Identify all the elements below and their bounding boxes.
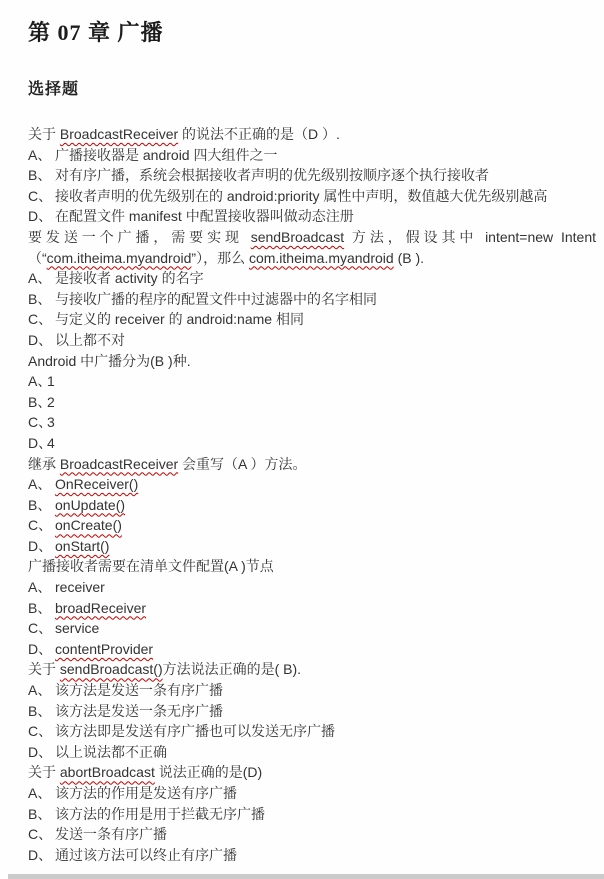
text-segment: 会重写（A ）方法。 <box>178 456 306 472</box>
text-segment: 该方法是发送一条有序广播 <box>55 682 223 698</box>
option-label: D、 <box>28 330 55 351</box>
option-label: D、 <box>28 845 55 866</box>
text-segment: receiver <box>55 579 105 595</box>
text-segment: （“ <box>28 250 47 266</box>
option-label: D、 <box>28 206 55 227</box>
chapter-title: 第 07 章 广播 <box>28 16 164 47</box>
option-line: D、在配置文件 manifest 中配置接收器叫做动态注册 <box>28 206 596 227</box>
text-segment: 4 <box>47 435 55 451</box>
text-segment: 关于 <box>28 764 60 780</box>
option-line: C、该方法即是发送有序广播也可以发送无序广播 <box>28 721 596 742</box>
spellcheck-underlined-word: com.itheima.myandroid <box>249 250 394 266</box>
text-segment: 1 <box>47 373 55 389</box>
option-label: A、 <box>28 680 55 701</box>
spellcheck-underlined-word: BroadcastReceiver <box>60 126 178 142</box>
option-line: A、该方法是发送一条有序广播 <box>28 680 596 701</box>
option-line: C、与定义的 receiver 的 android:name 相同 <box>28 309 596 330</box>
option-line: B、该方法的作用是用于拦截无序广播 <box>28 804 596 825</box>
spellcheck-underlined-word: sendBroadcast() <box>60 661 163 677</box>
text-segment: 说法正确的是(D) <box>155 764 262 780</box>
text-segment: (B ). <box>394 250 424 266</box>
question-line: 要发送一个广播，需要实现 sendBroadcast 方法，假设其中 inten… <box>28 227 596 248</box>
text-segment: 与接收广播的程序的配置文件中过滤器中的名字相同 <box>55 291 377 307</box>
spellcheck-underlined-word: onStart() <box>55 538 109 554</box>
option-label: B、 <box>28 165 55 186</box>
text-segment: 2 <box>47 394 55 410</box>
option-line: B、2 <box>28 392 596 413</box>
option-label: B、 <box>28 701 55 722</box>
option-line: A、1 <box>28 371 596 392</box>
option-line: C、service <box>28 618 596 639</box>
option-line: D、以上都不对 <box>28 330 596 351</box>
text-segment: 3 <box>47 414 55 430</box>
question-line: Android 中广播分为(B )种. <box>28 351 596 372</box>
text-segment: 的说法不正确的是（D ）. <box>178 126 340 142</box>
spellcheck-underlined-word: contentProvider <box>55 641 153 657</box>
option-line: A、广播接收器是 android 四大组件之一 <box>28 145 596 166</box>
option-label: A、 <box>28 145 55 166</box>
question-line: 关于 abortBroadcast 说法正确的是(D) <box>28 762 596 783</box>
text-segment: ”），那么 <box>191 250 249 266</box>
text-segment: service <box>55 620 99 636</box>
option-line: B、与接收广播的程序的配置文件中过滤器中的名字相同 <box>28 289 596 310</box>
option-label: C、 <box>28 618 55 639</box>
spellcheck-underlined-word: onCreate() <box>55 517 122 533</box>
text-segment: 发送一条有序广播 <box>55 826 167 842</box>
text-segment: 以上说法都不正确 <box>55 744 167 760</box>
text-segment: 该方法是发送一条无序广播 <box>55 703 223 719</box>
option-label: C、 <box>28 824 55 845</box>
text-segment: 关于 <box>28 661 60 677</box>
text-segment: 是接收者 activity 的名字 <box>55 270 204 286</box>
text-segment: 方法，假设其中 intent=new Intent <box>344 229 596 245</box>
option-label: C、 <box>28 186 55 207</box>
option-label: B、 <box>28 392 47 413</box>
option-line: D、onStart() <box>28 536 596 557</box>
option-line: B、broadReceiver <box>28 598 596 619</box>
option-line: C、onCreate() <box>28 515 596 536</box>
option-label: A、 <box>28 577 55 598</box>
option-label: B、 <box>28 598 55 619</box>
option-label: B、 <box>28 804 55 825</box>
spellcheck-underlined-word: broadReceiver <box>55 600 146 616</box>
question-list: 关于 BroadcastReceiver 的说法不正确的是（D ）.A、广播接收… <box>28 124 596 865</box>
text-segment: 通过该方法可以终止有序广播 <box>55 847 237 863</box>
option-line: B、对有序广播，系统会根据接收者声明的优先级别按顺序逐个执行接收者 <box>28 165 596 186</box>
text-segment: 在配置文件 manifest 中配置接收器叫做动态注册 <box>55 208 354 224</box>
option-line: D、contentProvider <box>28 639 596 660</box>
option-line: C、接收者声明的优先级别在的 android:priority 属性中声明，数值… <box>28 186 596 207</box>
option-label: C、 <box>28 515 55 536</box>
text-segment: 该方法的作用是发送有序广播 <box>55 785 237 801</box>
spellcheck-underlined-word: sendBroadcast <box>251 229 344 245</box>
option-label: D、 <box>28 433 47 454</box>
option-label: C、 <box>28 412 47 433</box>
page-bottom-edge <box>8 874 604 879</box>
text-segment: 该方法即是发送有序广播也可以发送无序广播 <box>55 723 335 739</box>
text-segment: 接收者声明的优先级别在的 android:priority 属性中声明，数值越大… <box>55 188 547 204</box>
option-line: A、该方法的作用是发送有序广播 <box>28 783 596 804</box>
text-segment: 与定义的 receiver 的 android:name 相同 <box>55 311 304 327</box>
option-label: D、 <box>28 536 55 557</box>
option-label: B、 <box>28 289 55 310</box>
option-line: C、发送一条有序广播 <box>28 824 596 845</box>
option-line: A、receiver <box>28 577 596 598</box>
spellcheck-underlined-word: abortBroadcast <box>60 764 155 780</box>
text-segment: 继承 <box>28 456 60 472</box>
option-line: D、4 <box>28 433 596 454</box>
spellcheck-underlined-word: com.itheima.myandroid <box>47 250 192 266</box>
option-line: D、以上说法都不正确 <box>28 742 596 763</box>
question-line: 关于 sendBroadcast()方法说法正确的是( B). <box>28 659 596 680</box>
question-line: 关于 BroadcastReceiver 的说法不正确的是（D ）. <box>28 124 596 145</box>
question-line: 继承 BroadcastReceiver 会重写（A ）方法。 <box>28 454 596 475</box>
option-line: C、3 <box>28 412 596 433</box>
option-label: A、 <box>28 474 55 495</box>
option-label: B、 <box>28 495 55 516</box>
text-segment: 对有序广播，系统会根据接收者声明的优先级别按顺序逐个执行接收者 <box>55 167 489 183</box>
option-line: A、是接收者 activity 的名字 <box>28 268 596 289</box>
section-heading: 选择题 <box>28 76 79 99</box>
text-segment: 关于 <box>28 126 60 142</box>
option-label: A、 <box>28 783 55 804</box>
text-segment: 广播接收器是 android 四大组件之一 <box>55 147 277 163</box>
option-label: D、 <box>28 742 55 763</box>
text-segment: Android 中广播分为(B )种. <box>28 353 191 369</box>
spellcheck-underlined-word: OnReceiver() <box>55 476 138 492</box>
question-line: （“com.itheima.myandroid”），那么 com.itheima… <box>28 248 596 269</box>
text-segment: 要发送一个广播，需要实现 <box>28 229 251 245</box>
text-segment: 该方法的作用是用于拦截无序广播 <box>55 806 265 822</box>
option-label: D、 <box>28 639 55 660</box>
option-label: C、 <box>28 721 55 742</box>
text-segment: 方法说法正确的是( B). <box>163 661 301 677</box>
option-label: C、 <box>28 309 55 330</box>
option-line: B、onUpdate() <box>28 495 596 516</box>
spellcheck-underlined-word: onUpdate() <box>55 497 125 513</box>
question-line: 广播接收者需要在清单文件配置(A )节点 <box>28 556 596 577</box>
text-segment: 广播接收者需要在清单文件配置(A )节点 <box>28 558 274 574</box>
option-label: A、 <box>28 268 55 289</box>
option-line: D、通过该方法可以终止有序广播 <box>28 845 596 866</box>
spellcheck-underlined-word: BroadcastReceiver <box>60 456 178 472</box>
option-line: A、OnReceiver() <box>28 474 596 495</box>
option-label: A、 <box>28 371 47 392</box>
text-segment: 以上都不对 <box>55 332 125 348</box>
option-line: B、该方法是发送一条无序广播 <box>28 701 596 722</box>
